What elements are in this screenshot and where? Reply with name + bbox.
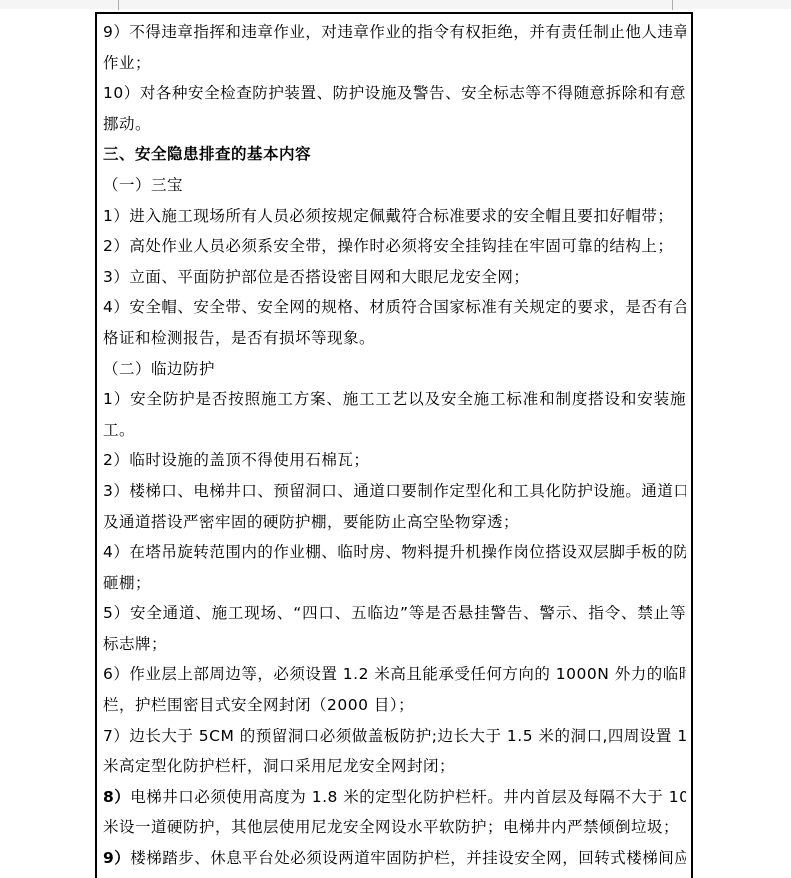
text-line: 1）进入施工现场所有人员必须按规定佩戴符合标准要求的安全帽且要扣好帽带； — [103, 201, 686, 232]
text-line: 挪动。 — [103, 109, 686, 140]
right-margin-mark — [672, 0, 673, 10]
text-line: 米高定型化防护栏杆，洞口采用尼龙安全网封闭； — [103, 751, 686, 782]
left-margin-mark — [118, 0, 119, 10]
section-heading: 三、安全隐患排查的基本内容 — [103, 139, 686, 170]
text-line: 栏，护栏围密目式安全网封闭（2000 目）； — [103, 690, 686, 721]
text-line: 7）边长大于 5CM 的预留洞口必须做盖板防护;边长大于 1.5 米的洞口,四周… — [103, 721, 686, 752]
text-line: 米设一道硬防护，其他层使用尼龙安全网设水平软防护；电梯井内严禁倾倒垃圾； — [103, 812, 686, 843]
text-line: 1）安全防护是否按照施工方案、施工工艺以及安全施工标准和制度搭设和安装施 — [103, 384, 686, 415]
line-text: 楼梯踏步、休息平台处必须设两道牢固防护栏，并挂设安全网，回转式楼梯间应 — [130, 849, 686, 867]
bold-item-number: 9） — [103, 849, 130, 867]
text-line: 3）立面、平面防护部位是否搭设密目网和大眼尼龙安全网； — [103, 262, 686, 293]
text-line: 作业； — [103, 48, 686, 79]
text-line: 4）安全帽、安全带、安全网的规格、材质符合国家标准有关规定的要求，是否有合 — [103, 292, 686, 323]
text-line: 格证和检测报告，是否有损坏等现象。 — [103, 323, 686, 354]
line-text: 电梯井口必须使用高度为 1.8 米的定型化防护栏杆。井内首层及每隔不大于 10 — [130, 788, 686, 806]
text-line: 标志牌； — [103, 629, 686, 660]
text-line: 6）作业层上部周边等，必须设置 1.2 米高且能承受任何方向的 1000N 外力… — [103, 659, 686, 690]
text-line: 9）不得违章指挥和违章作业，对违章作业的指令有权拒绝，并有责任制止他人违章 — [103, 17, 686, 48]
text-line: 8）电梯井口必须使用高度为 1.8 米的定型化防护栏杆。井内首层及每隔不大于 1… — [103, 782, 686, 813]
text-line: 9）楼梯踏步、休息平台处必须设两道牢固防护栏，并挂设安全网，回转式楼梯间应 — [103, 843, 686, 874]
text-line: 2）临时设施的盖顶不得使用石棉瓦； — [103, 445, 686, 476]
text-line: 5）安全通道、施工现场、“四口、五临边”等是否悬挂警告、警示、指令、禁止等 — [103, 598, 686, 629]
text-line: （二）临边防护 — [103, 354, 686, 385]
text-line: 及通道搭设严密牢固的硬防护棚，要能防止高空坠物穿透； — [103, 507, 686, 538]
text-line: （一）三宝 — [103, 170, 686, 201]
text-line: 砸棚； — [103, 568, 686, 599]
text-line: 工。 — [103, 415, 686, 446]
text-line: 3）楼梯口、电梯井口、预留洞口、通道口要制作定型化和工具化防护设施。通道口 — [103, 476, 686, 507]
bold-item-number: 8） — [103, 788, 130, 806]
document-table-cell: 9）不得违章指挥和违章作业，对违章作业的指令有权拒绝，并有责任制止他人违章作业；… — [95, 12, 693, 878]
text-line: 2）高处作业人员必须系安全带，操作时必须将安全挂钩挂在牢固可靠的结构上； — [103, 231, 686, 262]
text-line: 10）对各种安全检查防护装置、防护设施及警告、安全标志等不得随意拆除和有意 — [103, 78, 686, 109]
text-line: 4）在塔吊旋转范围内的作业棚、临时房、物料提升机操作岗位搭设双层脚手板的防 — [103, 537, 686, 568]
